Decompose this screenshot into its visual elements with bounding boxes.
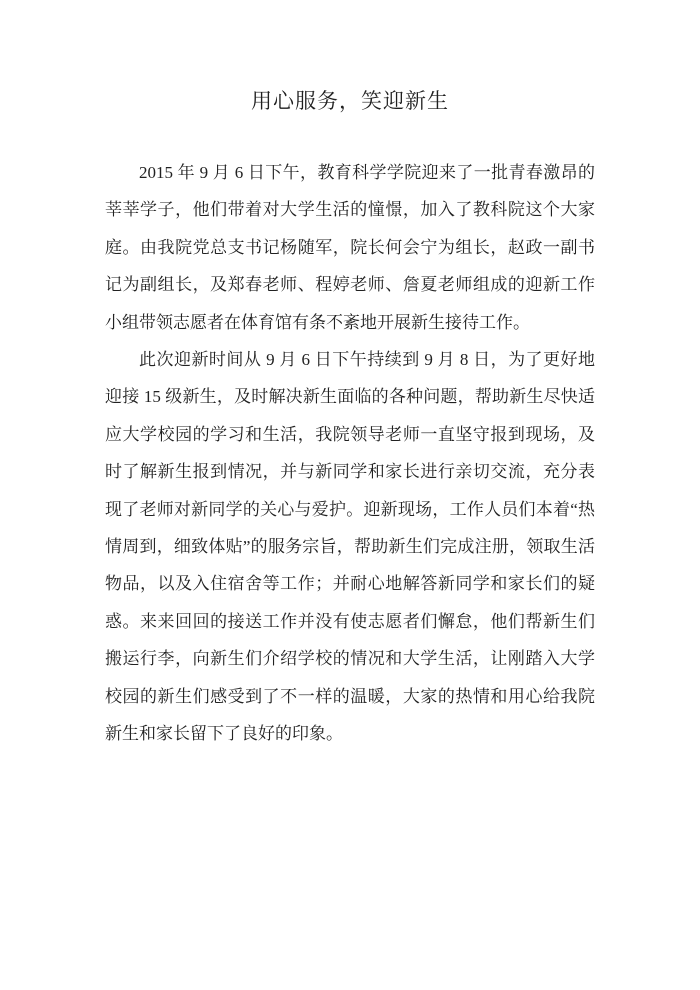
paragraph-intro: 2015 年 9 月 6 日下午，教育科学学院迎来了一批青春激昂的莘莘学子，他们…: [105, 154, 595, 341]
document-title: 用心服务，笑迎新生: [105, 86, 595, 116]
paragraph-details: 此次迎新时间从 9 月 6 日下午持续到 9 月 8 日，为了更好地迎接 15 …: [105, 341, 595, 752]
document-body: 2015 年 9 月 6 日下午，教育科学学院迎来了一批青春激昂的莘莘学子，他们…: [105, 154, 595, 753]
document-page: 用心服务，笑迎新生 2015 年 9 月 6 日下午，教育科学学院迎来了一批青春…: [0, 0, 700, 990]
document-content: 用心服务，笑迎新生 2015 年 9 月 6 日下午，教育科学学院迎来了一批青春…: [0, 86, 700, 753]
